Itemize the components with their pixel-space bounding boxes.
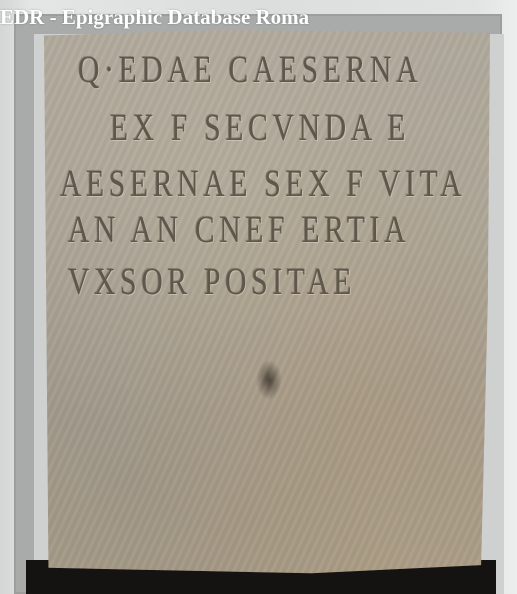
inscription-line-5: VXSOR POSITAE [68,262,356,302]
inscription-line-4: AN AN CNEF ERTIA [68,210,410,250]
watermark-title: EDR - Epigraphic Database Roma [0,4,309,30]
stone-damage [256,360,282,400]
inscription-line-1: Q·EDAE CAESERNA [78,50,422,90]
inscription-line-2: EX F SECVNDA E [110,108,410,148]
inscription-line-3: AESERNAE SEX F VITA [60,164,466,204]
